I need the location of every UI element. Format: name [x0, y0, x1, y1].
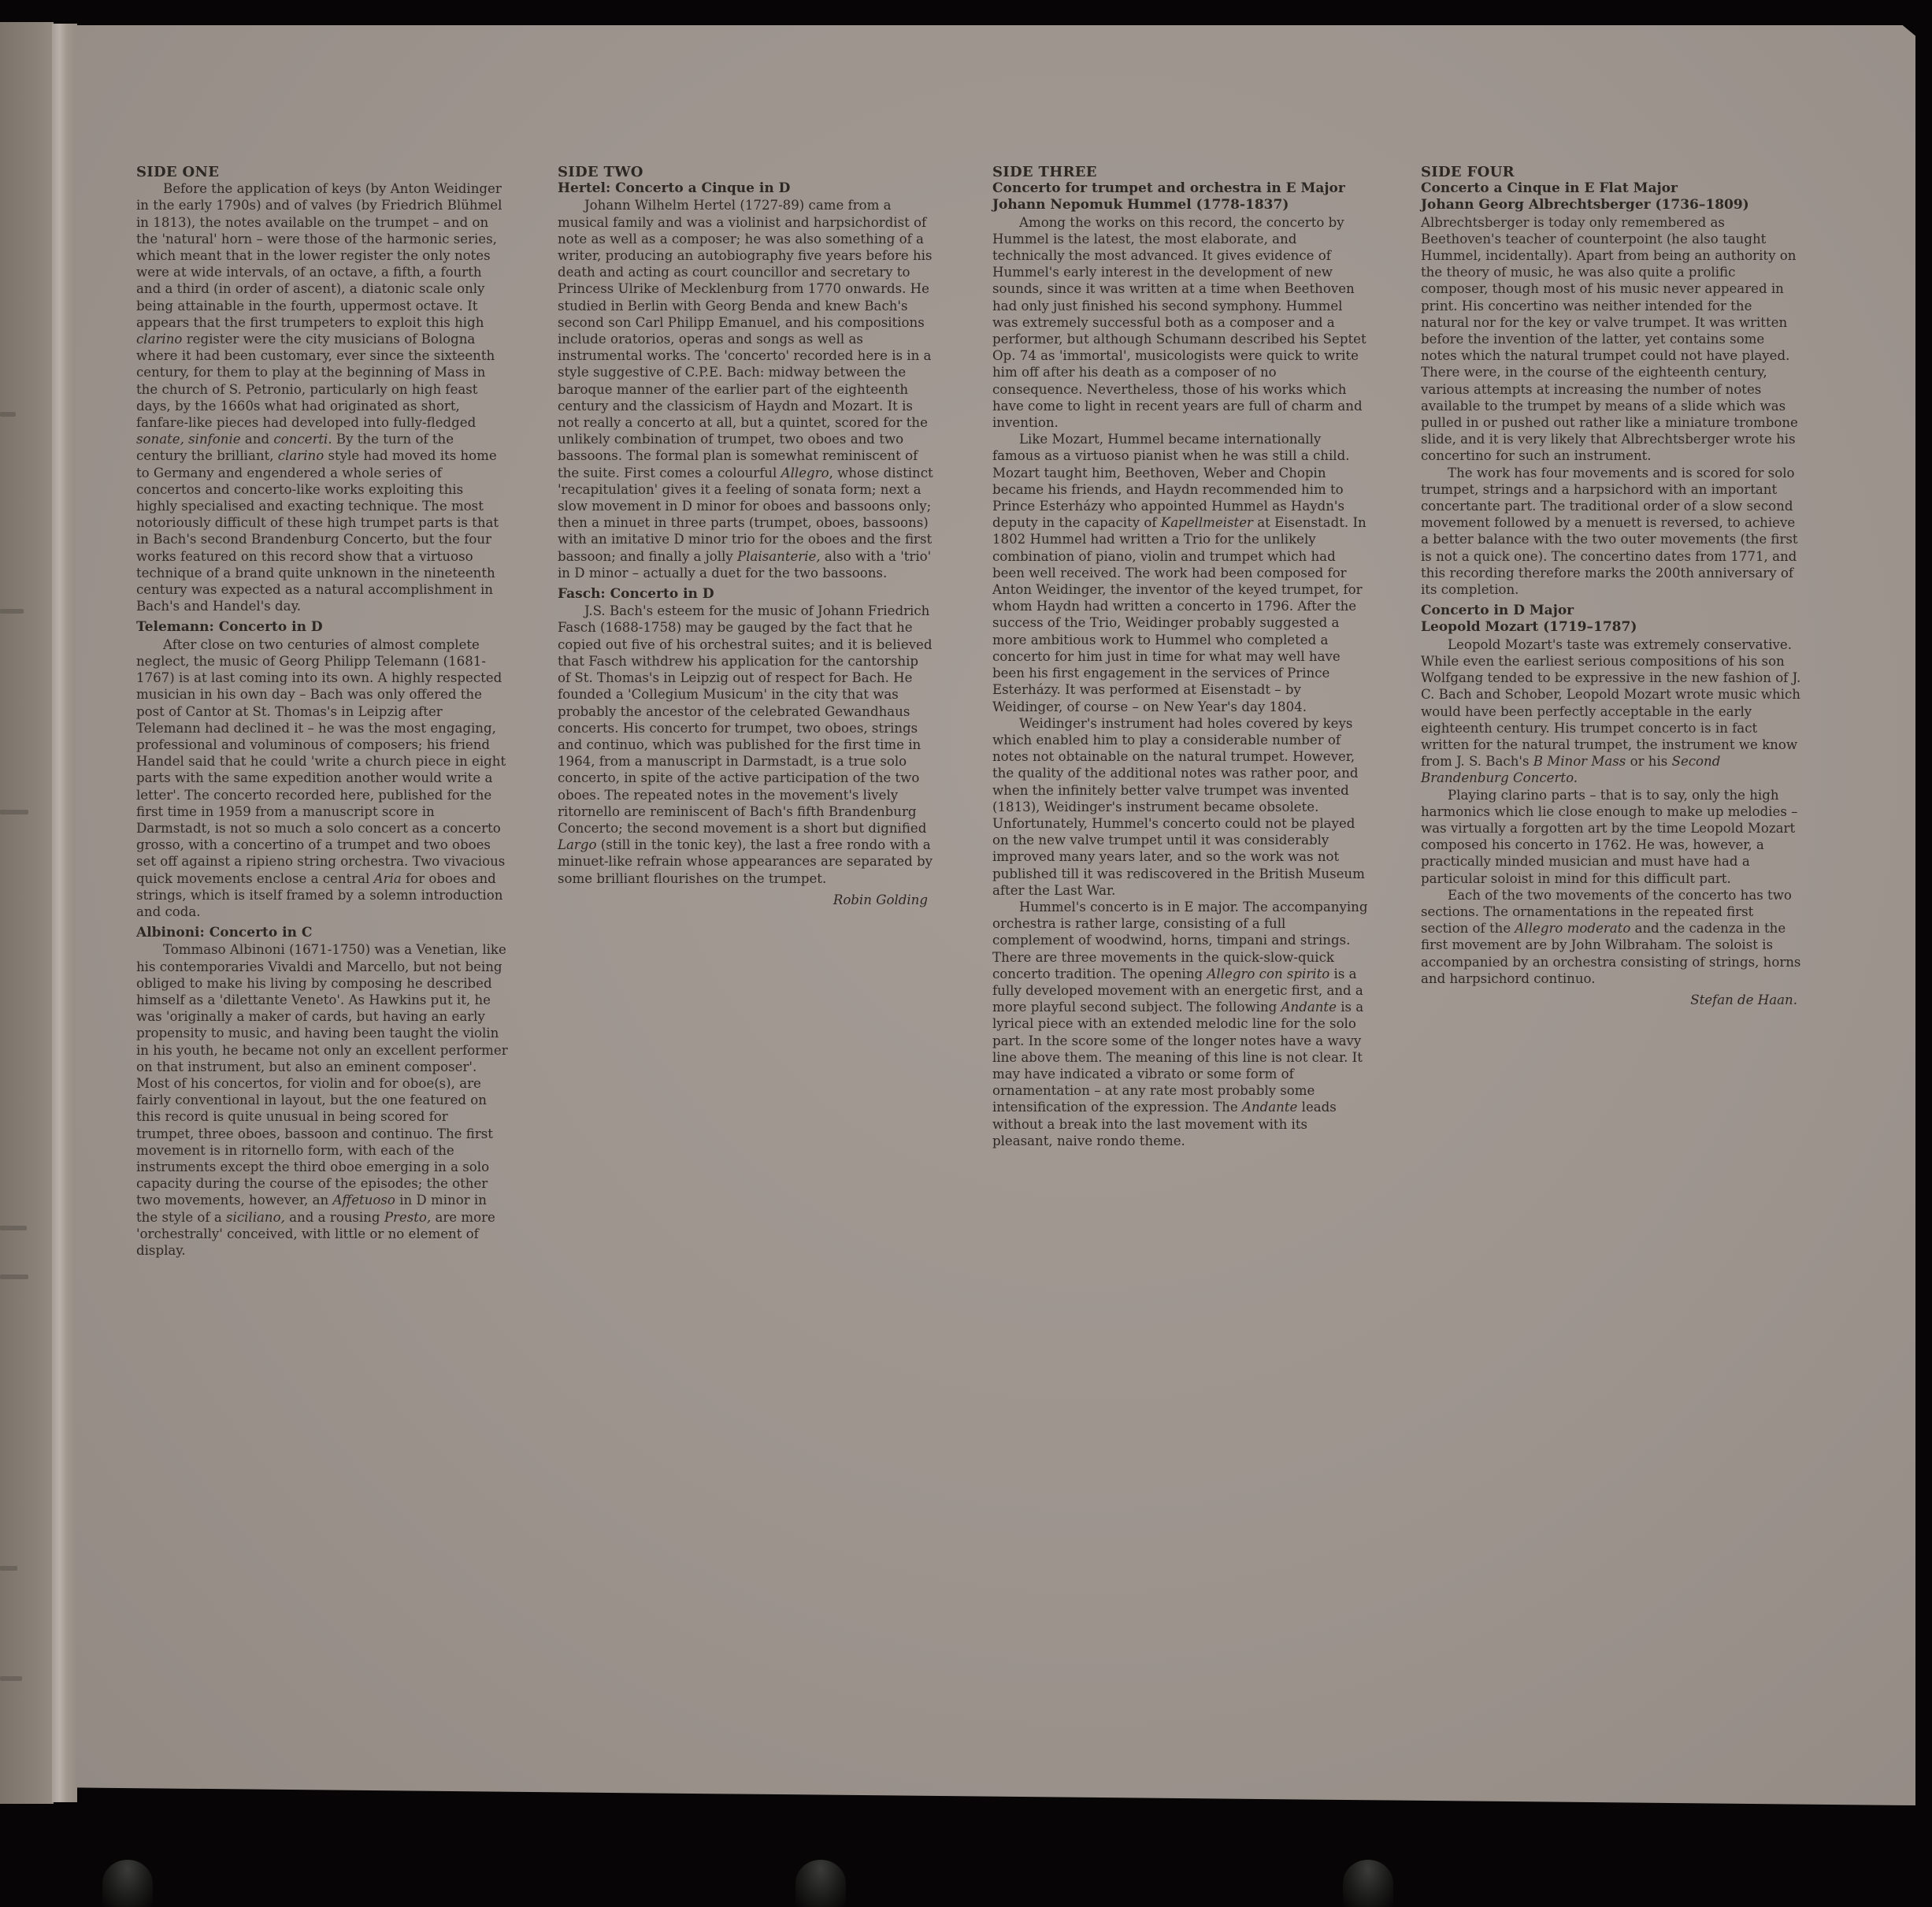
work-title: Fasch: Concerto in D — [558, 586, 934, 603]
side-heading: SIDE FOUR — [1421, 164, 1804, 180]
column-side-four: SIDE FOUR Concerto a Cinque in E Flat Ma… — [1421, 164, 1804, 1008]
column-side-two: SIDE TWO Hertel: Concerto a Cinque in D … — [558, 164, 934, 908]
faint-text-mark — [0, 1274, 28, 1279]
faint-text-mark — [0, 1676, 22, 1681]
author-signature: Robin Golding — [558, 892, 934, 908]
paragraph: Weidinger's instrument had holes covered… — [992, 715, 1369, 899]
stand-foot — [102, 1860, 153, 1907]
side-heading: SIDE TWO — [558, 164, 934, 180]
composer-heading: Johann Georg Albrechtsberger (1736–1809) — [1421, 197, 1804, 213]
paragraph: Tommaso Albinoni (1671-1750) was a Venet… — [136, 941, 508, 1259]
paragraph: Johann Wilhelm Hertel (1727-89) came fro… — [558, 197, 934, 581]
paragraph: Leopold Mozart's taste was extremely con… — [1421, 636, 1804, 787]
work-title: Concerto a Cinque in E Flat Major — [1421, 180, 1804, 197]
left-inner-page-edge — [0, 22, 54, 1804]
side-heading: SIDE THREE — [992, 164, 1369, 180]
paragraph: Among the works on this record, the conc… — [992, 214, 1369, 432]
paragraph: J.S. Bach's esteem for the music of Joha… — [558, 603, 934, 886]
gatefold-spine — [52, 24, 77, 1802]
paragraph: Before the application of keys (by Anton… — [136, 180, 508, 614]
work-title: Hertel: Concerto a Cinque in D — [558, 180, 934, 197]
work-title: Concerto in D Major — [1421, 603, 1804, 619]
author-signature: Stefan de Haan. — [1421, 992, 1804, 1008]
liner-notes-page: SIDE ONE Before the application of keys … — [76, 25, 1915, 1805]
column-side-one: SIDE ONE Before the application of keys … — [136, 164, 508, 1259]
composer-heading: Johann Nepomuk Hummel (1778-1837) — [992, 197, 1369, 213]
faint-text-mark — [0, 1566, 17, 1571]
paragraph: Like Mozart, Hummel became international… — [992, 431, 1369, 714]
paragraph: Albrechtsberger is today only remembered… — [1421, 214, 1804, 465]
faint-text-mark — [0, 412, 16, 417]
side-heading: SIDE ONE — [136, 164, 508, 180]
faint-text-mark — [0, 609, 24, 614]
paragraph: Playing clarino parts – that is to say, … — [1421, 787, 1804, 887]
faint-text-mark — [0, 810, 28, 814]
stand-foot — [795, 1860, 846, 1907]
paragraph: Hummel's concerto is in E major. The acc… — [992, 899, 1369, 1149]
paragraph: The work has four movements and is score… — [1421, 465, 1804, 599]
paragraph: Each of the two movements of the concert… — [1421, 887, 1804, 987]
work-title: Albinoni: Concerto in C — [136, 925, 508, 941]
column-side-three: SIDE THREE Concerto for trumpet and orch… — [992, 164, 1369, 1149]
faint-text-mark — [0, 1226, 27, 1230]
composer-heading: Leopold Mozart (1719–1787) — [1421, 619, 1804, 636]
work-title: Concerto for trumpet and orchestra in E … — [992, 180, 1369, 197]
stand-foot — [1343, 1860, 1393, 1907]
paragraph: After close on two centuries of almost c… — [136, 636, 508, 920]
work-title: Telemann: Concerto in D — [136, 619, 508, 636]
